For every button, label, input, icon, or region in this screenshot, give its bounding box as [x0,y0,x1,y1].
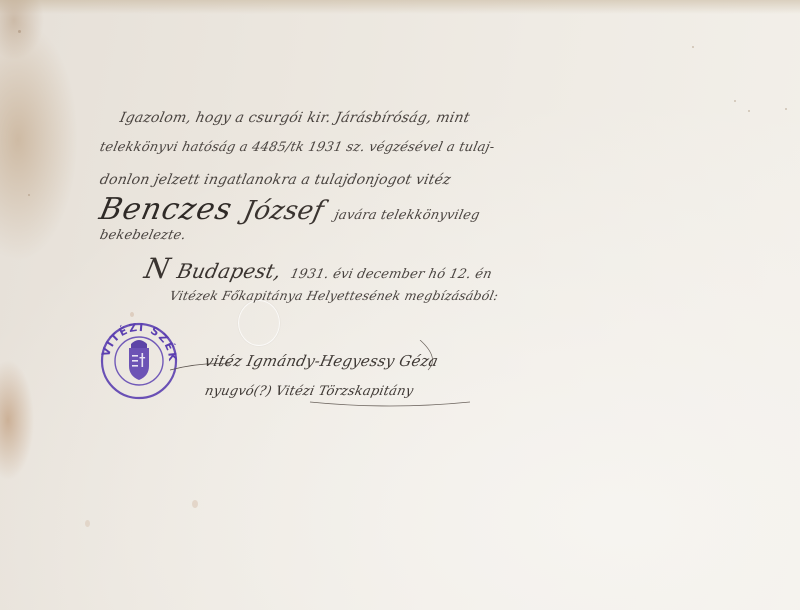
body-line-3: donlon jelzett ingatlanokra a tulajdonjo… [98,172,452,188]
document-paper [0,0,800,610]
foxing-spot [85,520,90,527]
dateline-date: 1931. évi december hó 12. én [289,267,493,282]
body-line-5: bekebelezte. [98,228,187,243]
body-line-2: telekkönyvi hatóság a 4485/tk 1931 sz. v… [98,140,496,155]
signature-name: vitéz Igmándy-Hegyessy Géza [203,352,440,370]
dateline-prefix: N [141,252,173,285]
foxing-spot [130,312,134,317]
dateline-place: Budapest, [175,259,284,283]
foxing-spot [28,194,30,196]
dateline: N Budapest, 1931. évi december hó 12. én [141,252,496,285]
vitezi-szek-stamp: VITÉZI SZÉK [100,322,178,400]
foxing-spot [734,100,736,102]
foxing-spot [192,500,198,508]
foxing-spot [785,108,787,110]
owner-surname: Benczes [96,192,235,227]
body-line-4-rest: javára telekkönyvileg [333,208,481,223]
foxing-spot [18,30,21,33]
issuer-line: Vitézek Főkapitánya Helyettesének megbíz… [168,288,499,303]
body-line-1: Igazolom, hogy a csurgói kir. Járásbírós… [118,110,471,126]
body-line-4: Benczes József javára telekkönyvileg [96,192,484,227]
foxing-spot [748,110,750,112]
owner-given-name: József [241,196,327,226]
signature-title: nyugvó(?) Vitézi Törzskapitány [203,384,414,399]
coat-of-arms-icon [129,340,149,380]
foxing-spot [692,46,694,48]
